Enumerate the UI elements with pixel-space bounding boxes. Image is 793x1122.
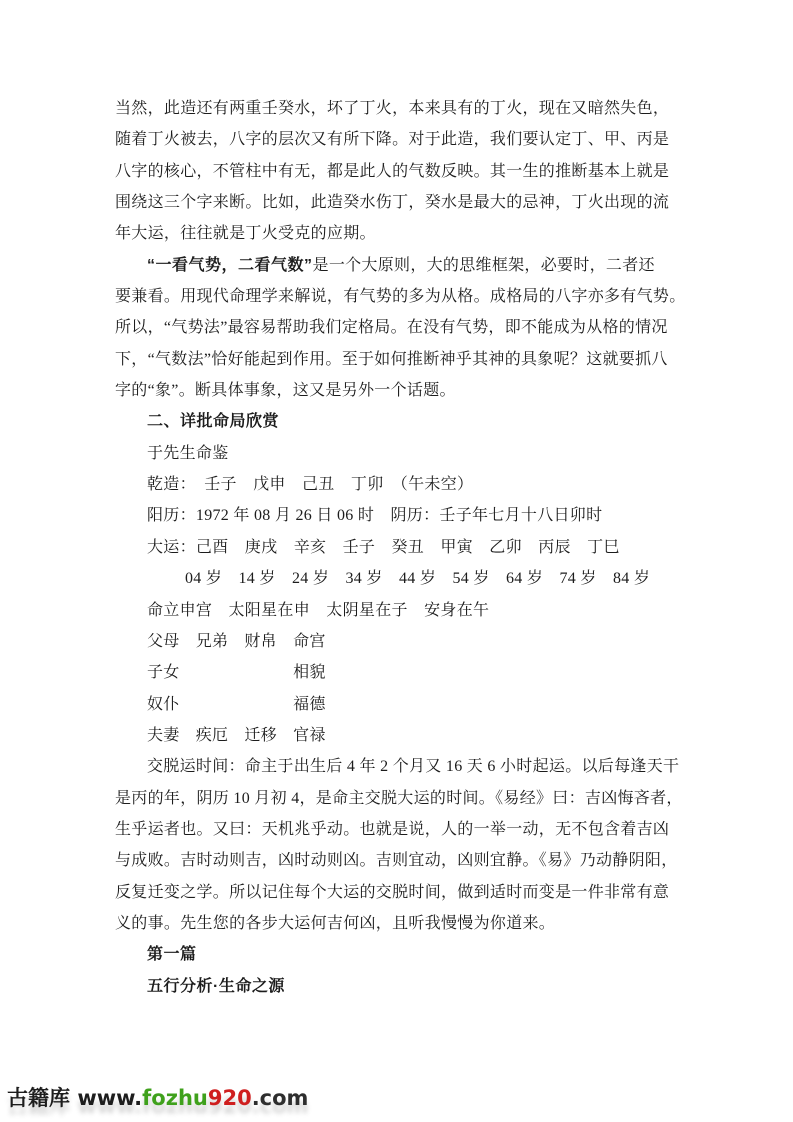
paragraph-line: 八字的核心，不管柱中有无，都是此人的气数反映。其一生的推断基本上就是 xyxy=(115,156,687,187)
palace-cell-empty xyxy=(196,689,245,720)
paragraph-line: 随着丁火被去，八字的层次又有所下降。对于此造，我们要认定丁、甲、丙是 xyxy=(115,124,687,155)
palace-cell-empty xyxy=(196,657,245,688)
paragraph-line: “一看气势，二看气数”是一个大原则，大的思维框架，必要时，二者还 xyxy=(115,250,687,281)
paragraph-line: 字的“象”。断具体事象，这又是另外一个话题。 xyxy=(115,375,687,406)
watermark-tld: .com xyxy=(252,1086,309,1110)
palace-cell: 疾厄 xyxy=(196,720,245,751)
paragraph-line: 要兼看。用现代命理学来解说，有气势的多为从格。成格局的八字亦多有气势。 xyxy=(115,281,687,312)
bold-principle-text: “一看气势，二看气数” xyxy=(147,257,313,274)
paragraph-line: 交脱运时间：命主于出生后 4 年 2 个月又 16 天 6 小时起运。以后每逢天… xyxy=(115,751,687,782)
watermark-library-name: 古籍库 xyxy=(7,1086,77,1110)
palace-cell: 子女 xyxy=(147,657,196,688)
qianzao-pillars-line: 乾造： 壬子 戊申 己丑 丁卯 （午未空） xyxy=(115,469,687,500)
palace-cell: 相貌 xyxy=(293,657,342,688)
dayun-ages-line: 04 岁 14 岁 24 岁 34 岁 44 岁 54 岁 64 岁 74 岁 … xyxy=(115,563,687,594)
paragraph-line: 围绕这三个字来断。比如，此造癸水伤丁，癸水是最大的忌神，丁火出现的流 xyxy=(115,187,687,218)
palace-cell: 兄弟 xyxy=(196,626,245,657)
paragraph-text: 是一个大原则，大的思维框架，必要时，二者还 xyxy=(313,257,655,274)
twelve-palace-grid: 父母 兄弟 财帛 命宫 子女 相貌 奴仆 福德 夫妻 疾厄 迁移 官禄 xyxy=(147,626,687,751)
part-subheading: 五行分析·生命之源 xyxy=(115,971,687,1002)
palace-cell: 迁移 xyxy=(244,720,293,751)
paragraph-line: 所以，“气势法”最容易帮助我们定格局。在没有气势，即不能成为从格的情况 xyxy=(115,312,687,343)
section-heading: 二、详批命局欣赏 xyxy=(115,406,687,437)
paragraph-line: 当然，此造还有两重壬癸水，坏了丁火，本来具有的丁火，现在又暗然失色， xyxy=(115,93,687,124)
palace-cell: 奴仆 xyxy=(147,689,196,720)
calendar-dates-line: 阳历：1972 年 08 月 26 日 06 时 阴历：壬子年七月十八日卯时 xyxy=(115,500,687,531)
palace-cell: 福德 xyxy=(293,689,342,720)
document-page: 当然，此造还有两重壬癸水，坏了丁火，本来具有的丁火，现在又暗然失色， 随着丁火被… xyxy=(0,0,793,1122)
watermark-fozhu: fozhu xyxy=(142,1086,208,1110)
paragraph-line: 与成败。吉时动则吉，凶时动则凶。吉则宜动，凶则宜静。《易》乃动静阴阳， xyxy=(115,845,687,876)
paragraph-line: 义的事。先生您的各步大运何吉何凶，且听我慢慢为你道来。 xyxy=(115,908,687,939)
palace-cell: 夫妻 xyxy=(147,720,196,751)
palace-positions-line: 命立申宫 太阳星在申 太阴星在子 安身在午 xyxy=(115,595,687,626)
palace-cell: 财帛 xyxy=(244,626,293,657)
client-name-line: 于先生命鉴 xyxy=(115,438,687,469)
palace-cell-empty xyxy=(244,657,293,688)
paragraph-line: 反复迁变之学。所以记住每个大运的交脱时间，做到适时而变是一件非常有意 xyxy=(115,877,687,908)
paragraph-line: 是丙的年，阴历 10 月初 4，是命主交脱大运的时间。《易经》曰：吉凶悔吝者， xyxy=(115,783,687,814)
dayun-pillars-line: 大运：己酉 庚戌 辛亥 壬子 癸丑 甲寅 乙卯 丙辰 丁巳 xyxy=(115,532,687,563)
watermark-920: 920 xyxy=(208,1086,252,1110)
part-heading: 第一篇 xyxy=(115,939,687,970)
paragraph-line: 年大运，往往就是丁火受克的应期。 xyxy=(115,218,687,249)
palace-cell-empty xyxy=(244,689,293,720)
paragraph-line: 生乎运者也。又曰：天机兆乎动。也就是说，人的一举一动，无不包含着吉凶 xyxy=(115,814,687,845)
page-content: 当然，此造还有两重壬癸水，坏了丁火，本来具有的丁火，现在又暗然失色， 随着丁火被… xyxy=(115,93,687,1002)
palace-cell: 命宫 xyxy=(293,626,342,657)
palace-cell: 官禄 xyxy=(293,720,342,751)
palace-cell: 父母 xyxy=(147,626,196,657)
watermark-www: www. xyxy=(77,1086,142,1110)
paragraph-line: 下，“气数法”恰好能起到作用。至于如何推断神乎其神的具象呢？这就要抓八 xyxy=(115,344,687,375)
site-watermark: 古籍库 www.fozhu920.com xyxy=(7,1086,308,1110)
